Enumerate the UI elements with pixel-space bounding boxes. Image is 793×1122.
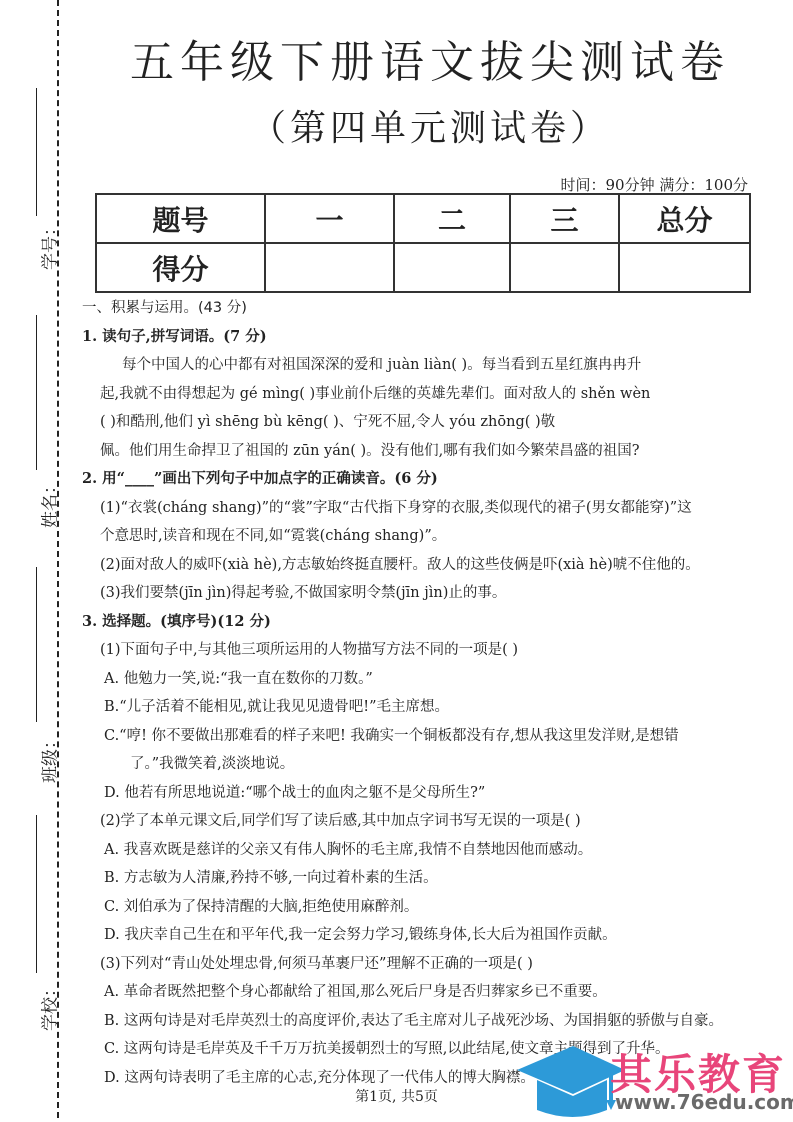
exam-meta: 时间：90分钟 满分：100分 [561, 174, 749, 195]
score-cell-2[interactable] [394, 243, 510, 292]
school-label: 学校： [36, 976, 61, 1036]
graduation-cap-icon [515, 1040, 625, 1118]
option-c-cont: 了。”我微笑着,淡淡地说。 [82, 750, 782, 779]
question-1-title: 1. 读句子,拼写词语。(7 分) [82, 323, 782, 352]
score-table: 题号 一 二 三 总分 得分 [95, 193, 751, 293]
option-d: D. 我庆幸自己生在和平年代,我一定会努力学习,锻练身体,长大后为祖国作贡献。 [82, 921, 782, 950]
question-2-line: 个意思时,读音和现在不同,如“霓裳(cháng shang)”。 [82, 522, 782, 551]
question-1-line: 每个中国人的心中都有对祖国深深的爱和 juàn liàn( )。每当看到五星红旗… [82, 351, 782, 380]
option-d: D. 他若有所思地说道:“哪个战士的血肉之躯不是父母所生?” [82, 779, 782, 808]
watermark-logo: 其乐教育 www.76edu.com [515, 1040, 790, 1118]
question-1-line: ( )和酷刑,他们 yì shēng bù kēng( )、宁死不屈,令人 yó… [82, 408, 782, 437]
question-1-line: 起,我就不由得想起为 gé mìng( )事业前仆后继的英雄先辈们。面对敌人的 … [82, 380, 782, 409]
class-label: 班级： [36, 728, 61, 788]
option-a: A. 我喜欢既是慈详的父亲又有伟人胸怀的毛主席,我情不自禁地因他而感动。 [82, 836, 782, 865]
option-c: C.“哼! 你不要做出那难看的样子来吧! 我确实一个铜板都没有存,想从我这里发洋… [82, 722, 782, 751]
score-header-cell: 二 [394, 194, 510, 243]
student-id-line [36, 88, 37, 216]
school-line [36, 815, 37, 973]
score-table-score-row: 得分 [96, 243, 750, 292]
score-row-label: 得分 [96, 243, 265, 292]
option-c: C. 刘伯承为了保持清醒的大脑,拒绝使用麻醉剂。 [82, 893, 782, 922]
score-cell-total[interactable] [619, 243, 750, 292]
section-heading: 一、积累与运用。(43 分) [82, 294, 782, 323]
score-cell-3[interactable] [510, 243, 619, 292]
exam-content: 一、积累与运用。(43 分) 1. 读句子,拼写词语。(7 分) 每个中国人的心… [82, 294, 782, 1092]
question-3-1-stem: (1)下面句子中,与其他三项所运用的人物描写方法不同的一项是( ) [82, 636, 782, 665]
score-header-cell: 一 [265, 194, 394, 243]
page-subtitle: （第四单元测试卷） [90, 100, 770, 151]
option-a: A. 革命者既然把整个身心都献给了祖国,那么死后尸身是否归葬家乡已不重要。 [82, 978, 782, 1007]
question-2-title: 2. 用“____”画出下列句子中加点字的正确读音。(6 分) [82, 465, 782, 494]
question-3-2-stem: (2)学了本单元课文后,同学们写了读后感,其中加点字词书写无误的一项是( ) [82, 807, 782, 836]
student-name-line [36, 315, 37, 470]
binding-dashed-line [57, 0, 59, 1118]
question-3-title: 3. 选择题。(填序号)(12 分) [82, 608, 782, 637]
score-table-header-row: 题号 一 二 三 总分 [96, 194, 750, 243]
class-line [36, 567, 37, 722]
question-3-3-stem: (3)下列对“青山处处埋忠骨,何须马革裹尸还”理解不正确的一项是( ) [82, 950, 782, 979]
option-b: B.“儿子活着不能相见,就让我见见遗骨吧!”毛主席想。 [82, 693, 782, 722]
option-b: B. 这两句诗是对毛岸英烈士的高度评价,表达了毛主席对儿子战死沙场、为国捐躯的骄… [82, 1007, 782, 1036]
score-header-cell: 总分 [619, 194, 750, 243]
question-2-line: (2)面对敌人的威吓(xià hè),方志敏始终挺直腰杆。敌人的这些伎俩是吓(x… [82, 551, 782, 580]
student-name-label: 姓名： [36, 473, 61, 533]
watermark-url: www.76edu.com [615, 1090, 793, 1114]
score-cell-1[interactable] [265, 243, 394, 292]
page-title: 五年级下册语文拔尖测试卷 [90, 26, 770, 90]
question-2-line: (3)我们要禁(jīn jìn)得起考验,不做国家明令禁(jīn jìn)止的事… [82, 579, 782, 608]
question-1-line: 佩。他们用生命捍卫了祖国的 zūn yán( )。没有他们,哪有我们如今繁荣昌盛… [82, 437, 782, 466]
student-id-label: 学号： [36, 215, 61, 275]
score-header-cell: 题号 [96, 194, 265, 243]
option-b: B. 方志敏为人清廉,矜持不够,一向过着朴素的生活。 [82, 864, 782, 893]
score-header-cell: 三 [510, 194, 619, 243]
question-2-line: (1)“衣裳(cháng shang)”的“裳”字取“古代指下身穿的衣服,类似现… [82, 494, 782, 523]
option-a: A. 他勉力一笑,说:“我一直在数你的刀数。” [82, 665, 782, 694]
